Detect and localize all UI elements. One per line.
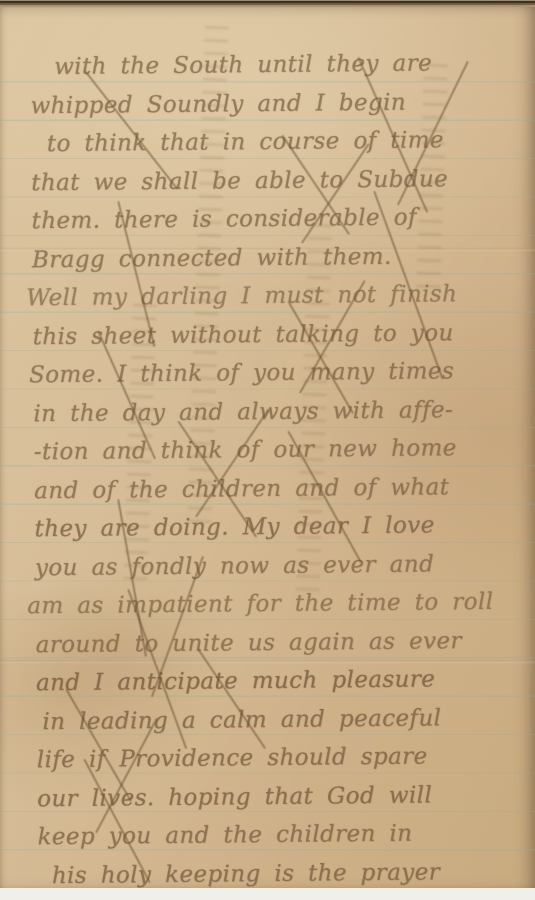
scan-bottom-strip bbox=[0, 888, 535, 900]
scanned-letter-page: { "letter": { "kind": "handwritten-lette… bbox=[0, 0, 535, 900]
scan-top-edge bbox=[0, 0, 535, 8]
letter-line: and I anticipate much pleasure bbox=[2, 659, 535, 703]
letter-line: our lives. hoping that God will bbox=[3, 775, 535, 819]
letter-line: Some. I think of you many times bbox=[0, 351, 534, 395]
letter-line: keep you and the children in bbox=[3, 813, 535, 857]
letter-line: they are doing. My dear I love bbox=[0, 505, 535, 549]
letter-line: whipped Soundly and I begin bbox=[0, 82, 532, 126]
letter-line: that we shall be able to Subdue bbox=[0, 159, 532, 203]
letter-line: life if Providence should spare bbox=[3, 736, 535, 780]
letter-line: them. there is considerable of bbox=[0, 197, 533, 241]
letter-body: with the South until they are whipped So… bbox=[0, 43, 535, 895]
letter-line: to think that in course of time bbox=[0, 120, 532, 164]
letter-line: this sheet without talking to you bbox=[0, 313, 534, 357]
letter-line: -tion and think of our new home bbox=[0, 428, 535, 472]
letter-line: with the South until they are bbox=[0, 43, 531, 87]
letter-line: you as fondly now as ever and bbox=[1, 544, 535, 588]
letter-line: Bragg connected with them. bbox=[0, 236, 533, 280]
letter-line: Well my darling I must not finish bbox=[0, 274, 534, 318]
letter-line: am as impatient for the time to roll bbox=[1, 582, 535, 626]
letter-line: around to unite us again as ever bbox=[1, 621, 535, 665]
letter-paper: with the South until they are whipped So… bbox=[0, 4, 535, 888]
letter-line: and of the children and of what bbox=[0, 467, 535, 511]
